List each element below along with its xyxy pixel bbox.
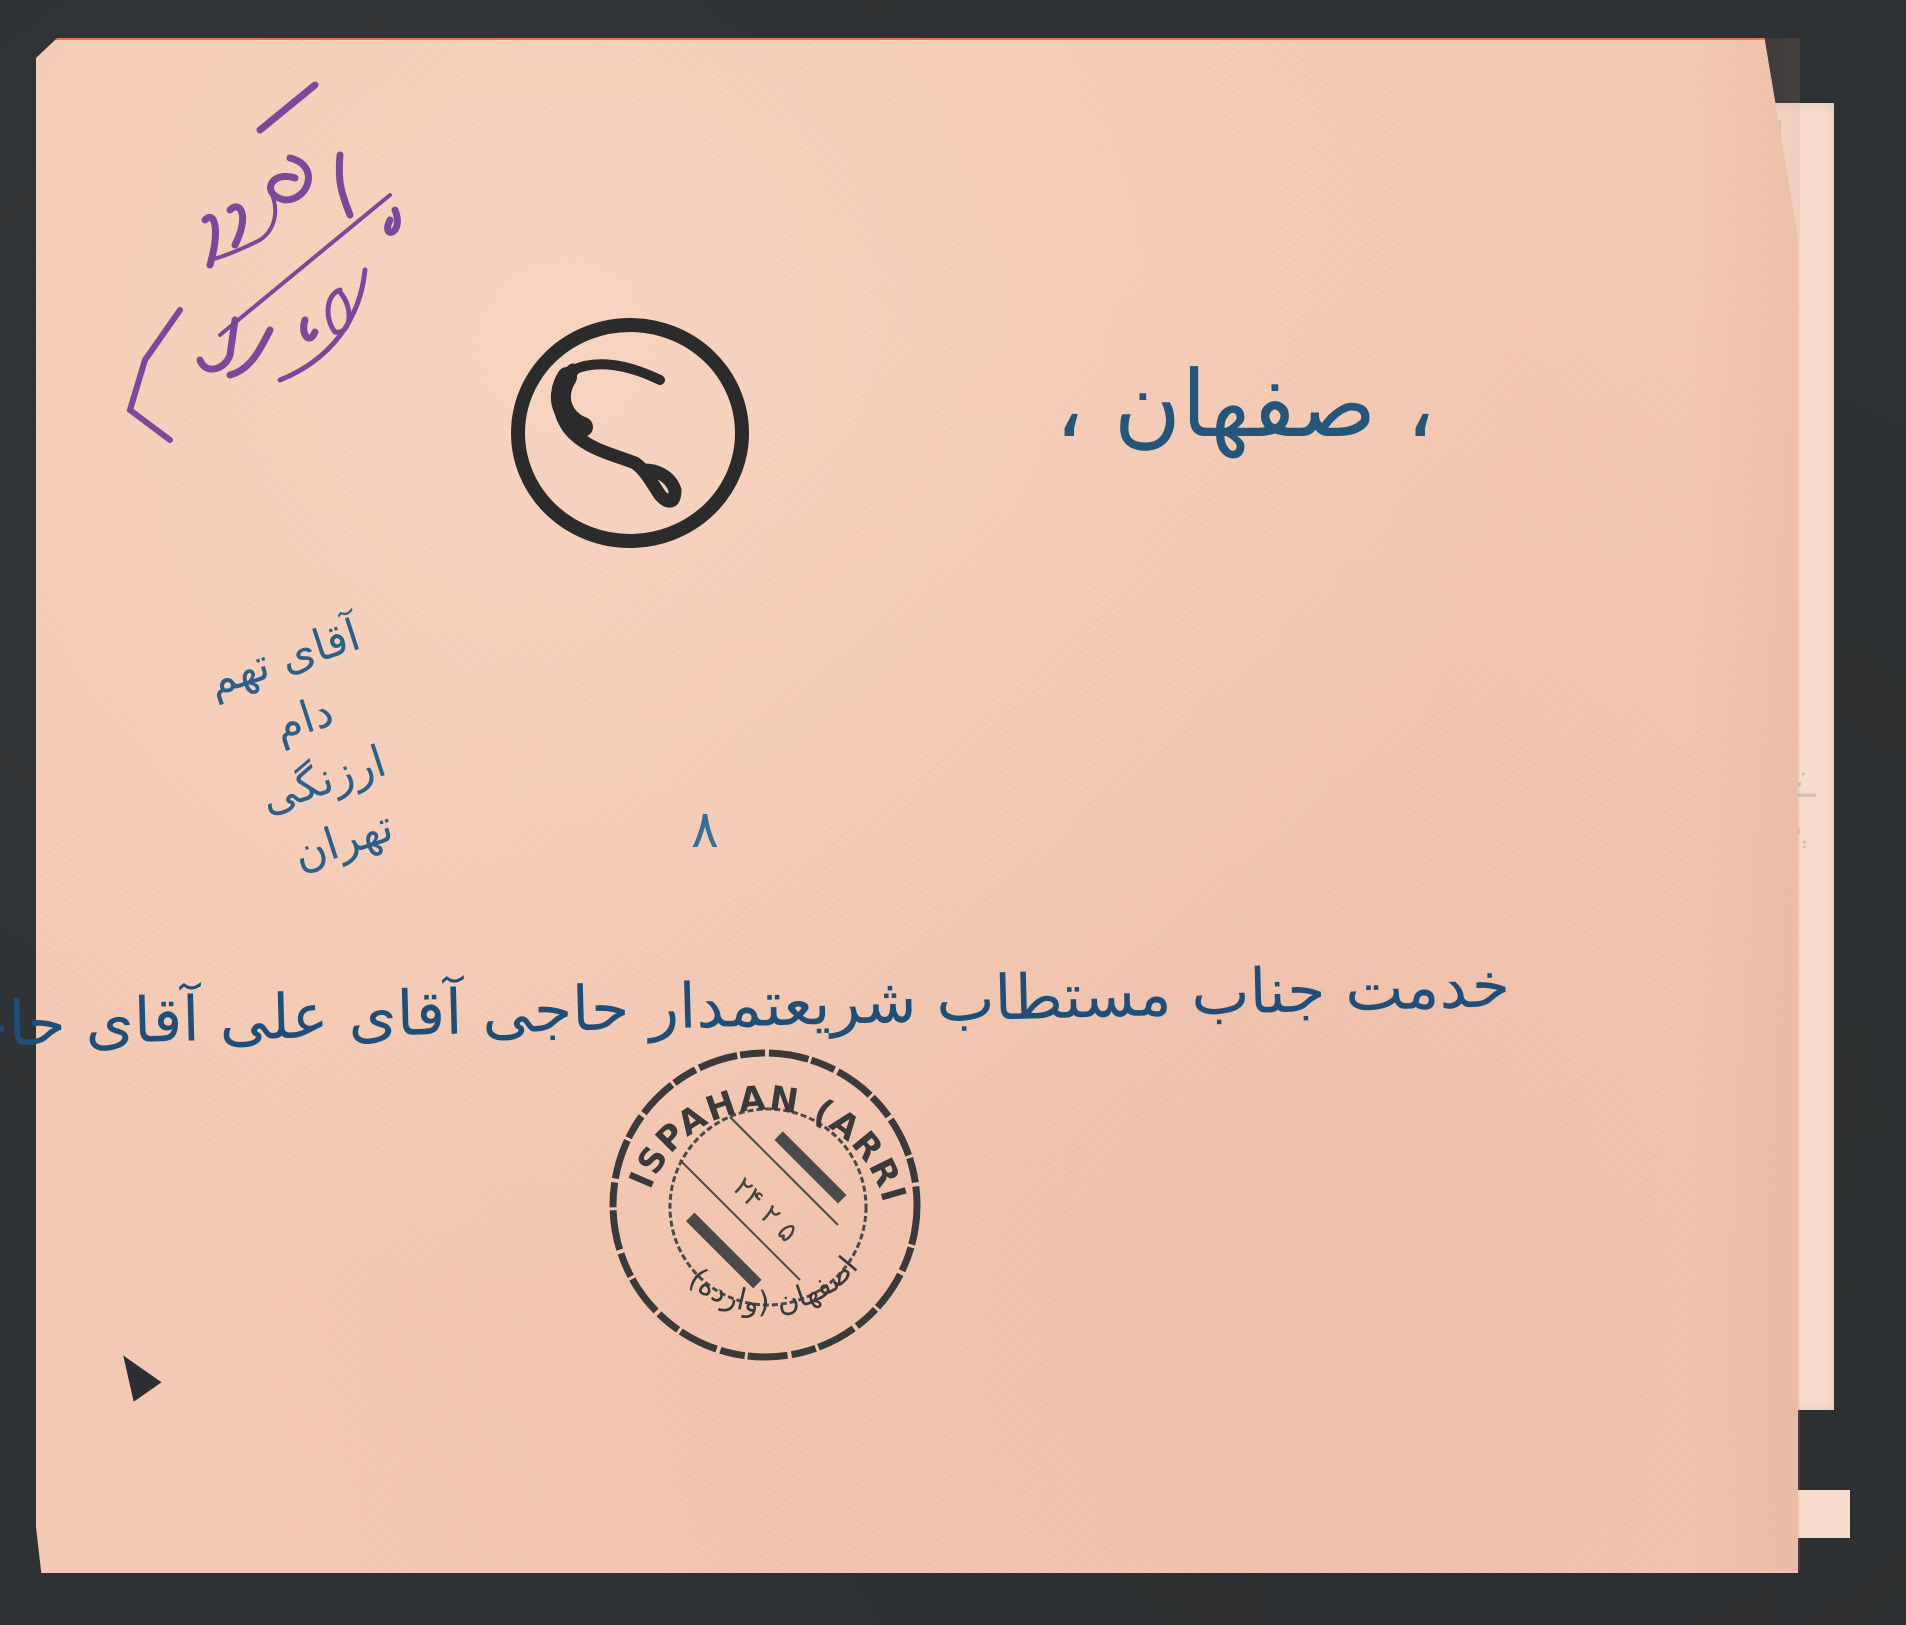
destination-text: صفهان <box>1114 351 1377 458</box>
destination-bracket-left: ، <box>1055 351 1085 458</box>
isfahan-arrival-postmark: ISPAHAN (ARRIVEE) اصفهان (وارده) ۲۴ ۲ ۵ <box>590 1035 940 1370</box>
enclosed-letter-tab <box>1790 1490 1850 1538</box>
postmark-date: ۲۴ ۲ ۵ <box>726 1170 804 1248</box>
black-seal-cancel <box>495 305 765 560</box>
destination-city: ، صفهان ، <box>1030 330 1460 480</box>
svg-text:اصفهان (وارده): اصفهان (وارده) <box>682 1250 865 1321</box>
postmark-persian-text: اصفهان (وارده) <box>682 1250 865 1321</box>
destination-bracket-right: ، <box>1406 351 1436 458</box>
purple-docket-notation: ۲۲ ۲ ۱۳ ۵ مرسله مبارکه <box>110 70 430 480</box>
address-number: ۸ <box>680 800 730 860</box>
